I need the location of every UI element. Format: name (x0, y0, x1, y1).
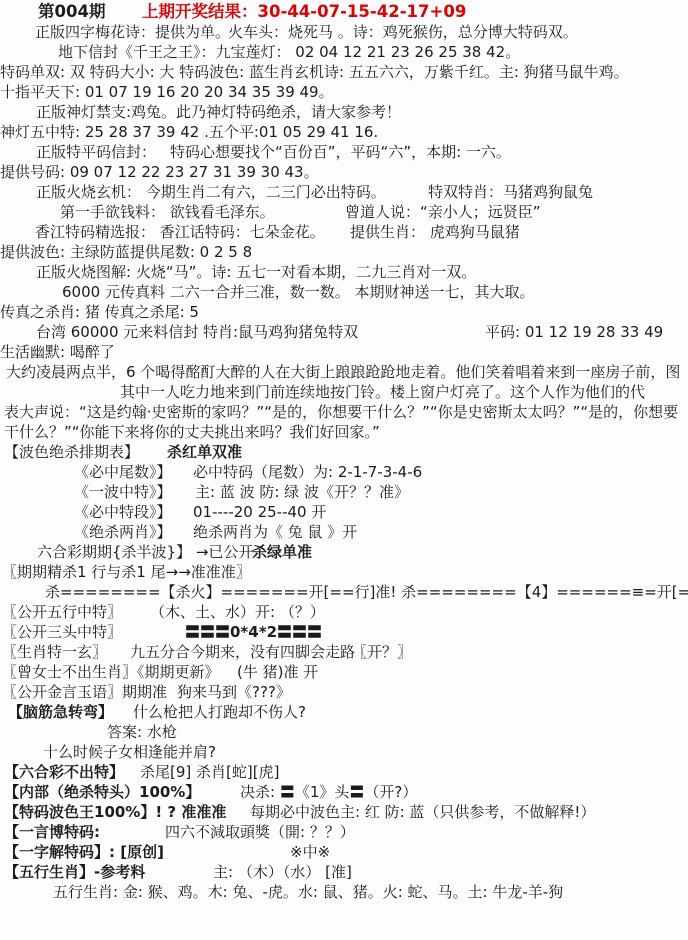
text-line: 〖生肖特一玄〗九五分合今期来，没有四脚会走路〖开？〗 (0, 642, 688, 662)
text-segment: 第一手欲钱料： 欲钱看毛泽东。 (60, 202, 275, 222)
text-segment: 平码: 01 12 19 28 33 49 (485, 322, 663, 342)
text-segment: 〖开？〗 (352, 642, 412, 662)
text-line: 【内部（绝杀特头）100%】决杀: 〓《1》头〓（开?） (0, 782, 688, 802)
text-segment: 大约凌晨两点半，6 个喝得酩酊大醉的人在大街上踉踉跄跄地走着。他们笑着唱着来到一… (6, 362, 680, 382)
text-line: 正版特平码信封：特码心想要找个“百份百”，平码“六”，本期: 一六。 (0, 142, 688, 162)
text-segment: （木、土、水）开: （？） (150, 602, 325, 622)
text-line: 神灯五中特: 25 28 37 39 42 .五个平:01 05 29 41 1… (0, 122, 688, 142)
text-segment: 神灯五中特: 25 28 37 39 42 .五个平:01 05 29 41 1… (0, 122, 378, 142)
text-segment: 绝杀两肖为《 兔 鼠 》开 (193, 522, 357, 542)
text-segment: 特码单双: 双 特码大小: 大 特码波色: 蓝生肖玄机诗: 五五六六，万紫千红。… (0, 62, 629, 82)
text-segment: 提供波色: 主绿防蓝提供尾数: 0 2 5 8 (0, 242, 252, 262)
text-segment: 杀尾[9] 杀肖[蛇][虎] (140, 762, 279, 782)
text-segment: 其中一人吃力地来到门前连续地按门铃。楼上窗户灯亮了。这个人作为他们的代 (120, 382, 645, 402)
text-segment: 传真之杀肖: 猪 传真之杀尾: 5 (0, 302, 199, 322)
text-line: 《绝杀两肖》】绝杀两肖为《 兔 鼠 》开 (0, 522, 688, 542)
text-segment: 提供生肖： 虎鸡狗马鼠猪 (350, 222, 520, 242)
text-segment: 〖生肖特一玄〗 (2, 642, 107, 662)
text-segment: 《必中特段》】 (74, 502, 172, 522)
text-segment: 十么时候子女相逢能并肩? (43, 742, 216, 762)
text-segment: 【一字解特码】: [原创] (4, 842, 164, 862)
text-segment: 6000 元传真料 二六一合并三准，数一数。 本期财神送一七，其大取。 (62, 282, 534, 302)
text-segment: 什么枪把人打跑却不伤人? (133, 702, 306, 722)
text-segment: 火车头：烧死马 。诗：鸡死猴伤，总分博大特码双。 (228, 22, 578, 42)
text-line: 台湾 60000 元来料信封 特肖:鼠马鸡狗猪兔特双平码: 01 12 19 2… (0, 322, 688, 342)
text-line: 《一波中特》】主: 蓝 波 防: 绿 波《开？？准》 (0, 482, 688, 502)
text-segment: (牛 猪)准 开 (237, 662, 318, 682)
text-line: 地下信封《千王之王》：九宝莲灯： 02 04 12 21 23 26 25 38… (0, 42, 688, 62)
text-segment: 《一波中特》】 (74, 482, 172, 502)
last-draw-result: 上期开奖结果：30-44-07-15-42-17+09 (142, 2, 466, 22)
text-segment: 九五分合今期来，没有四脚会走路 (130, 642, 355, 662)
text-segment: 〖公开金言玉语〗期期准 (2, 682, 167, 702)
text-line: 【波色绝杀排期表】杀红单双准 (0, 442, 688, 462)
text-segment: 五行生肖: 金: 猴、鸡。木: 兔、-虎。水: 鼠、猪。火: 蛇、马。土: 牛龙… (53, 882, 563, 902)
text-segment: 表大声说：“这是约翰·史密斯的家吗？”“是的，你想要干什么？”“你是史密斯太太吗… (4, 402, 678, 422)
text-line: 特码单双: 双 特码大小: 大 特码波色: 蓝生肖玄机诗: 五五六六，万紫千红。… (0, 62, 688, 82)
text-segment: ※中※ (290, 842, 330, 862)
text-line: 答案: 水枪 (0, 722, 688, 742)
text-line: 【一字解特码】: [原创]※中※ (0, 842, 688, 862)
text-line: 正版火烧玄机： 今期生肖二有六，二三门必出特码。特双特肖：马猪鸡狗鼠兔 (0, 182, 688, 202)
text-line: 〖公开三头中特〗〓〓〓0*4*2〓〓〓 (0, 622, 688, 642)
text-segment: 狗来马到《???》 (177, 682, 291, 702)
text-segment: 曾道人说：“亲小人；远贤臣” (345, 202, 541, 222)
text-segment: 杀红单双准 (167, 442, 242, 462)
text-line: 〖曾女士不出生肖〗《期期更新》(牛 猪)准 开 (0, 662, 688, 682)
text-segment: 《必中尾数》】 (74, 462, 172, 482)
text-line: 第一手欲钱料： 欲钱看毛泽东。曾道人说：“亲小人；远贤臣” (0, 202, 688, 222)
text-line: 【脑筋急转弯】什么枪把人打跑却不伤人? (0, 702, 688, 722)
text-line: 表大声说：“这是约翰·史密斯的家吗？”“是的，你想要干什么？”“你是史密斯太太吗… (0, 402, 688, 422)
text-segment: 〖曾女士不出生肖〗《期期更新》 (2, 662, 220, 682)
text-line: 正版神灯禁支:鸡兔。此乃神灯特码绝杀，请大家参考！ (0, 102, 688, 122)
text-line: 大约凌晨两点半，6 个喝得酩酊大醉的人在大街上踉踉跄跄地走着。他们笑着唱着来到一… (0, 362, 688, 382)
text-line: 6000 元传真料 二六一合并三准，数一数。 本期财神送一七，其大取。 (0, 282, 688, 302)
text-line: 十么时候子女相逢能并肩? (0, 742, 688, 762)
header-line: 第004期上期开奖结果：30-44-07-15-42-17+09 (0, 2, 688, 22)
text-segment: 【内部（绝杀特头）100%】 (4, 782, 200, 802)
text-segment: 【脑筋急转弯】 (8, 702, 113, 722)
text-line: 〖期期精杀1 行与杀1 尾→→准准准〗 (0, 562, 688, 582)
text-segment: 【特码波色王100%】! ? 准准准 (4, 802, 226, 822)
text-line: 五行生肖: 金: 猴、鸡。木: 兔、-虎。水: 鼠、猪。火: 蛇、马。土: 牛龙… (0, 882, 688, 902)
text-segment: 正版火烧图解: 火烧“马”。诗: 五七一对看本期，二九三肖对一双。 (36, 262, 476, 282)
text-line: 【一言博特码:四六不減取頭獎（開: ？？） (0, 822, 688, 842)
text-segment: 〓〓〓0*4*2〓〓〓 (185, 622, 322, 642)
text-segment: 地下信封《千王之王》：九宝莲灯： 02 04 12 21 23 26 25 38… (58, 42, 520, 62)
text-line: 提供波色: 主绿防蓝提供尾数: 0 2 5 8 (0, 242, 688, 262)
text-segment: 决杀: 〓《1》头〓（开?） (240, 782, 417, 802)
text-segment: 每期必中波色主: 红 防: 蓝（只供参考，不做解释!） (250, 802, 595, 822)
text-segment: 【一言博特码: (4, 822, 100, 842)
issue-number: 第004期 (38, 2, 105, 22)
text-line: 其中一人吃力地来到门前连续地按门铃。楼上窗户灯亮了。这个人作为他们的代 (0, 382, 688, 402)
text-line: 杀========【杀火】=======开[==行]准! 杀========【4… (0, 582, 688, 602)
text-segment: 特双特肖：马猪鸡狗鼠兔 (428, 182, 593, 202)
text-segment: 01----20 25--40 开 (193, 502, 326, 522)
text-line: 正版火烧图解: 火烧“马”。诗: 五七一对看本期，二九三肖对一双。 (0, 262, 688, 282)
text-line: 干什么？”“你能下来将你的丈夫挑出来吗？我们好回家。” (0, 422, 688, 442)
text-line: 传真之杀肖: 猪 传真之杀尾: 5 (0, 302, 688, 322)
text-line: 〖公开五行中特〗（木、土、水）开: （？） (0, 602, 688, 622)
text-segment: 〖期期精杀1 行与杀1 尾→→准准准〗 (2, 562, 251, 582)
text-segment: 【六合彩不出特】 (4, 762, 124, 782)
text-line: 〖公开金言玉语〗期期准狗来马到《???》 (0, 682, 688, 702)
text-line: 提供号码: 09 07 12 22 23 27 31 39 30 43。 (0, 162, 688, 182)
text-segment: 主: （木）（水） [准] (213, 862, 352, 882)
text-line: 六合彩期期{杀半波}】 →已公开杀绿单准 (0, 542, 688, 562)
text-segment: 十指平天下: 01 07 19 16 20 20 34 35 39 49。 (0, 82, 334, 102)
text-segment: 正版特平码信封： (36, 142, 156, 162)
text-line: 十指平天下: 01 07 19 16 20 20 34 35 39 49。 (0, 82, 688, 102)
text-segment: 四六不減取頭獎（開: ？？） (165, 822, 355, 842)
text-line: 【六合彩不出特】杀尾[9] 杀肖[蛇][虎] (0, 762, 688, 782)
lottery-tip-sheet: 第004期上期开奖结果：30-44-07-15-42-17+09正版四字梅花诗：… (0, 0, 688, 940)
text-segment: 台湾 60000 元来料信封 特肖:鼠马鸡狗猪兔特双 (36, 322, 358, 342)
text-line: 《必中尾数》】必中特码（尾数）为: 2-1-7-3-4-6 (0, 462, 688, 482)
text-segment: 【波色绝杀排期表】 (4, 442, 139, 462)
text-segment: 杀绿单准 (252, 542, 312, 562)
text-segment: 提供号码: 09 07 12 22 23 27 31 39 30 43。 (0, 162, 319, 182)
text-line: 《必中特段》】01----20 25--40 开 (0, 502, 688, 522)
text-segment: 特码心想要找个“百份百”，平码“六”，本期: 一六。 (170, 142, 511, 162)
text-segment: 〖公开三头中特〗 (2, 622, 122, 642)
text-segment: 主: 蓝 波 防: 绿 波《开？？准》 (195, 482, 409, 502)
text-line: 香江特码精选报： 香江话特码：七朵金花。提供生肖： 虎鸡狗马鼠猪 (0, 222, 688, 242)
text-line: 【五行生肖】-参考料主: （木）（水） [准] (0, 862, 688, 882)
text-line: 正版四字梅花诗：提供为单。火车头：烧死马 。诗：鸡死猴伤，总分博大特码双。 (0, 22, 688, 42)
text-segment: 〖公开五行中特〗 (2, 602, 122, 622)
text-segment: 正版四字梅花诗：提供为单。 (35, 22, 230, 42)
text-segment: 生活幽默: 喝醉了 (0, 342, 115, 362)
text-segment: 必中特码（尾数）为: 2-1-7-3-4-6 (193, 462, 422, 482)
text-segment: 《绝杀两肖》】 (74, 522, 172, 542)
text-line: 生活幽默: 喝醉了 (0, 342, 688, 362)
text-segment: 杀========【杀火】=======开[==行]准! 杀========【4… (45, 582, 688, 602)
text-segment: 正版神灯禁支:鸡兔。此乃神灯特码绝杀，请大家参考！ (36, 102, 401, 122)
text-segment: 答案: 水枪 (107, 722, 177, 742)
text-segment: 香江特码精选报： 香江话特码：七朵金花。 (35, 222, 325, 242)
text-line: 【特码波色王100%】! ? 准准准每期必中波色主: 红 防: 蓝（只供参考，不… (0, 802, 688, 822)
text-segment: 六合彩期期{杀半波}】 →已公开 (37, 542, 253, 562)
text-segment: 干什么？”“你能下来将你的丈夫挑出来吗？我们好回家。” (4, 422, 380, 442)
text-segment: 正版火烧玄机： 今期生肖二有六，二三门必出特码。 (36, 182, 386, 202)
text-segment: 【五行生肖】-参考料 (4, 862, 145, 882)
